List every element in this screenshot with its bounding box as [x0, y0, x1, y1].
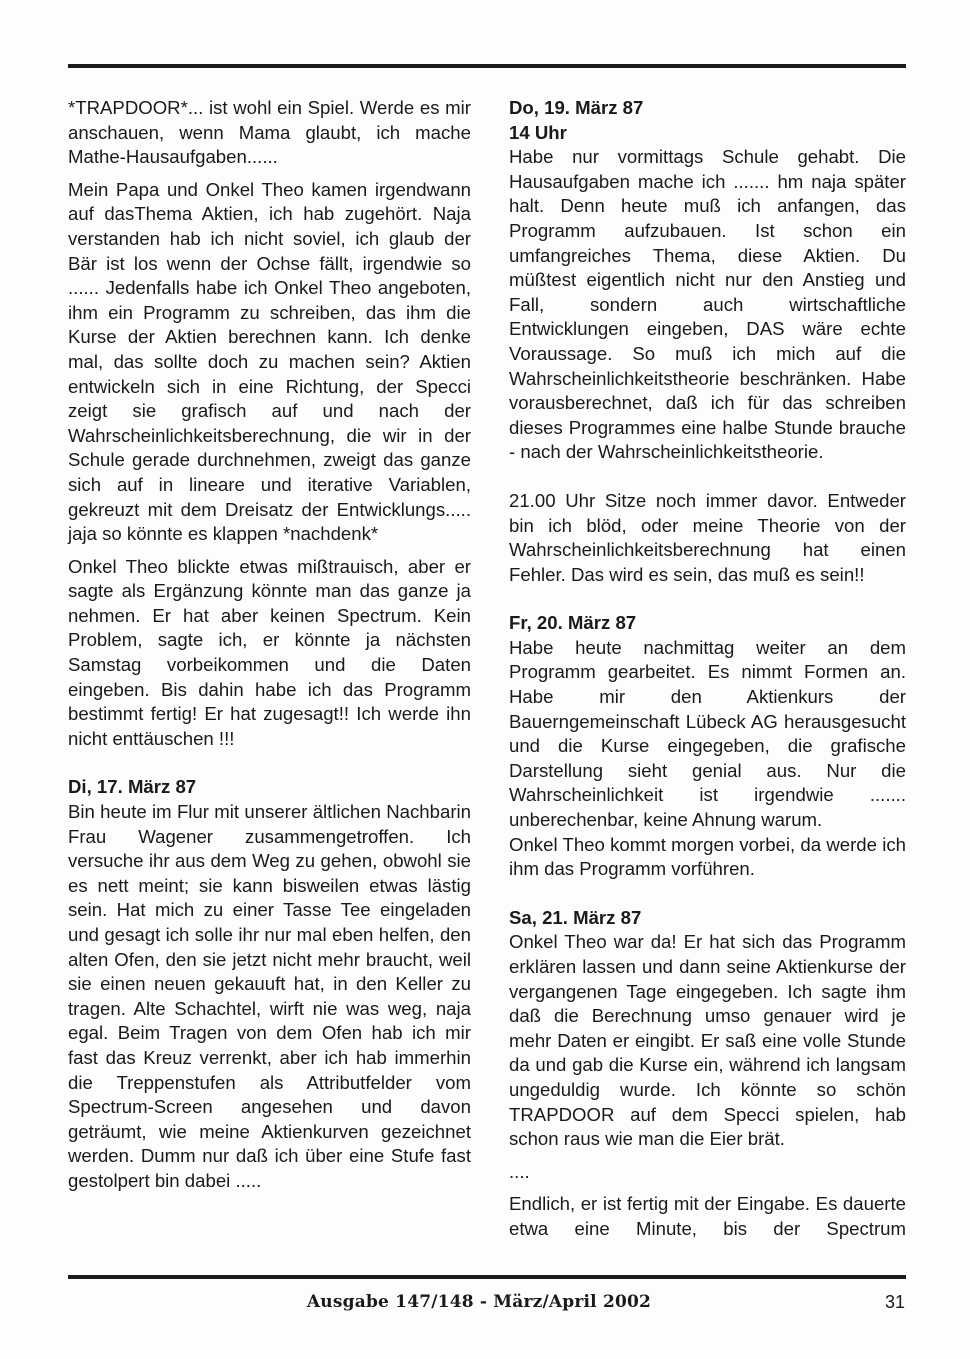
entry-heading: Fr, 20. März 87 [509, 611, 906, 636]
diary-entry-do: Do, 19. März 87 14 Uhr Habe nur vormitta… [509, 96, 906, 587]
entry-ellipsis: .... [509, 1160, 906, 1185]
page-number: 31 [885, 1292, 905, 1313]
diary-entry-fr: Fr, 20. März 87 Habe heute nachmittag we… [509, 611, 906, 882]
paragraph-trapdoor: *TRAPDOOR*... ist wohl ein Spiel. Werde … [68, 96, 471, 170]
left-column: *TRAPDOOR*... ist wohl ein Spiel. Werde … [68, 96, 471, 1194]
entry-text-evening: 21.00 Uhr Sitze noch immer davor. Entwed… [509, 489, 906, 587]
entry-text-2: Endlich, er ist fertig mit der Eingabe. … [509, 1192, 906, 1241]
paragraph-onkel-theo: Onkel Theo blickte etwas mißtrauisch, ab… [68, 555, 471, 752]
entry-text: Onkel Theo war da! Er hat sich das Progr… [509, 930, 906, 1151]
paragraph-aktien: Mein Papa und Onkel Theo kamen irgendwan… [68, 178, 471, 547]
bottom-rule [68, 1275, 906, 1279]
issue-label: Ausgabe 147/148 - März/April 2002 [307, 1292, 651, 1312]
entry-heading: Do, 19. März 87 [509, 96, 906, 121]
spacer [509, 465, 906, 489]
entry-text-2: Onkel Theo kommt morgen vorbei, da werde… [509, 833, 906, 882]
entry-heading: Sa, 21. März 87 [509, 906, 906, 931]
diary-entry-di: Di, 17. März 87 Bin heute im Flur mit un… [68, 775, 471, 1193]
right-column: Do, 19. März 87 14 Uhr Habe nur vormitta… [509, 96, 906, 1242]
spacer [509, 587, 906, 611]
spacer [509, 882, 906, 906]
entry-heading: Di, 17. März 87 [68, 775, 471, 800]
footer-issue: Ausgabe 147/148 - März/April 2002 [0, 1292, 970, 1312]
top-rule [68, 64, 906, 68]
entry-time: 14 Uhr [509, 121, 906, 146]
entry-text: Habe heute nachmittag weiter an dem Prog… [509, 636, 906, 833]
entry-text: Habe nur vormittags Schule gehabt. Die H… [509, 145, 906, 465]
entry-text: Bin heute im Flur mit unserer ältlichen … [68, 800, 471, 1194]
diary-entry-sa: Sa, 21. März 87 Onkel Theo war da! Er ha… [509, 906, 906, 1242]
spacer [68, 751, 471, 775]
